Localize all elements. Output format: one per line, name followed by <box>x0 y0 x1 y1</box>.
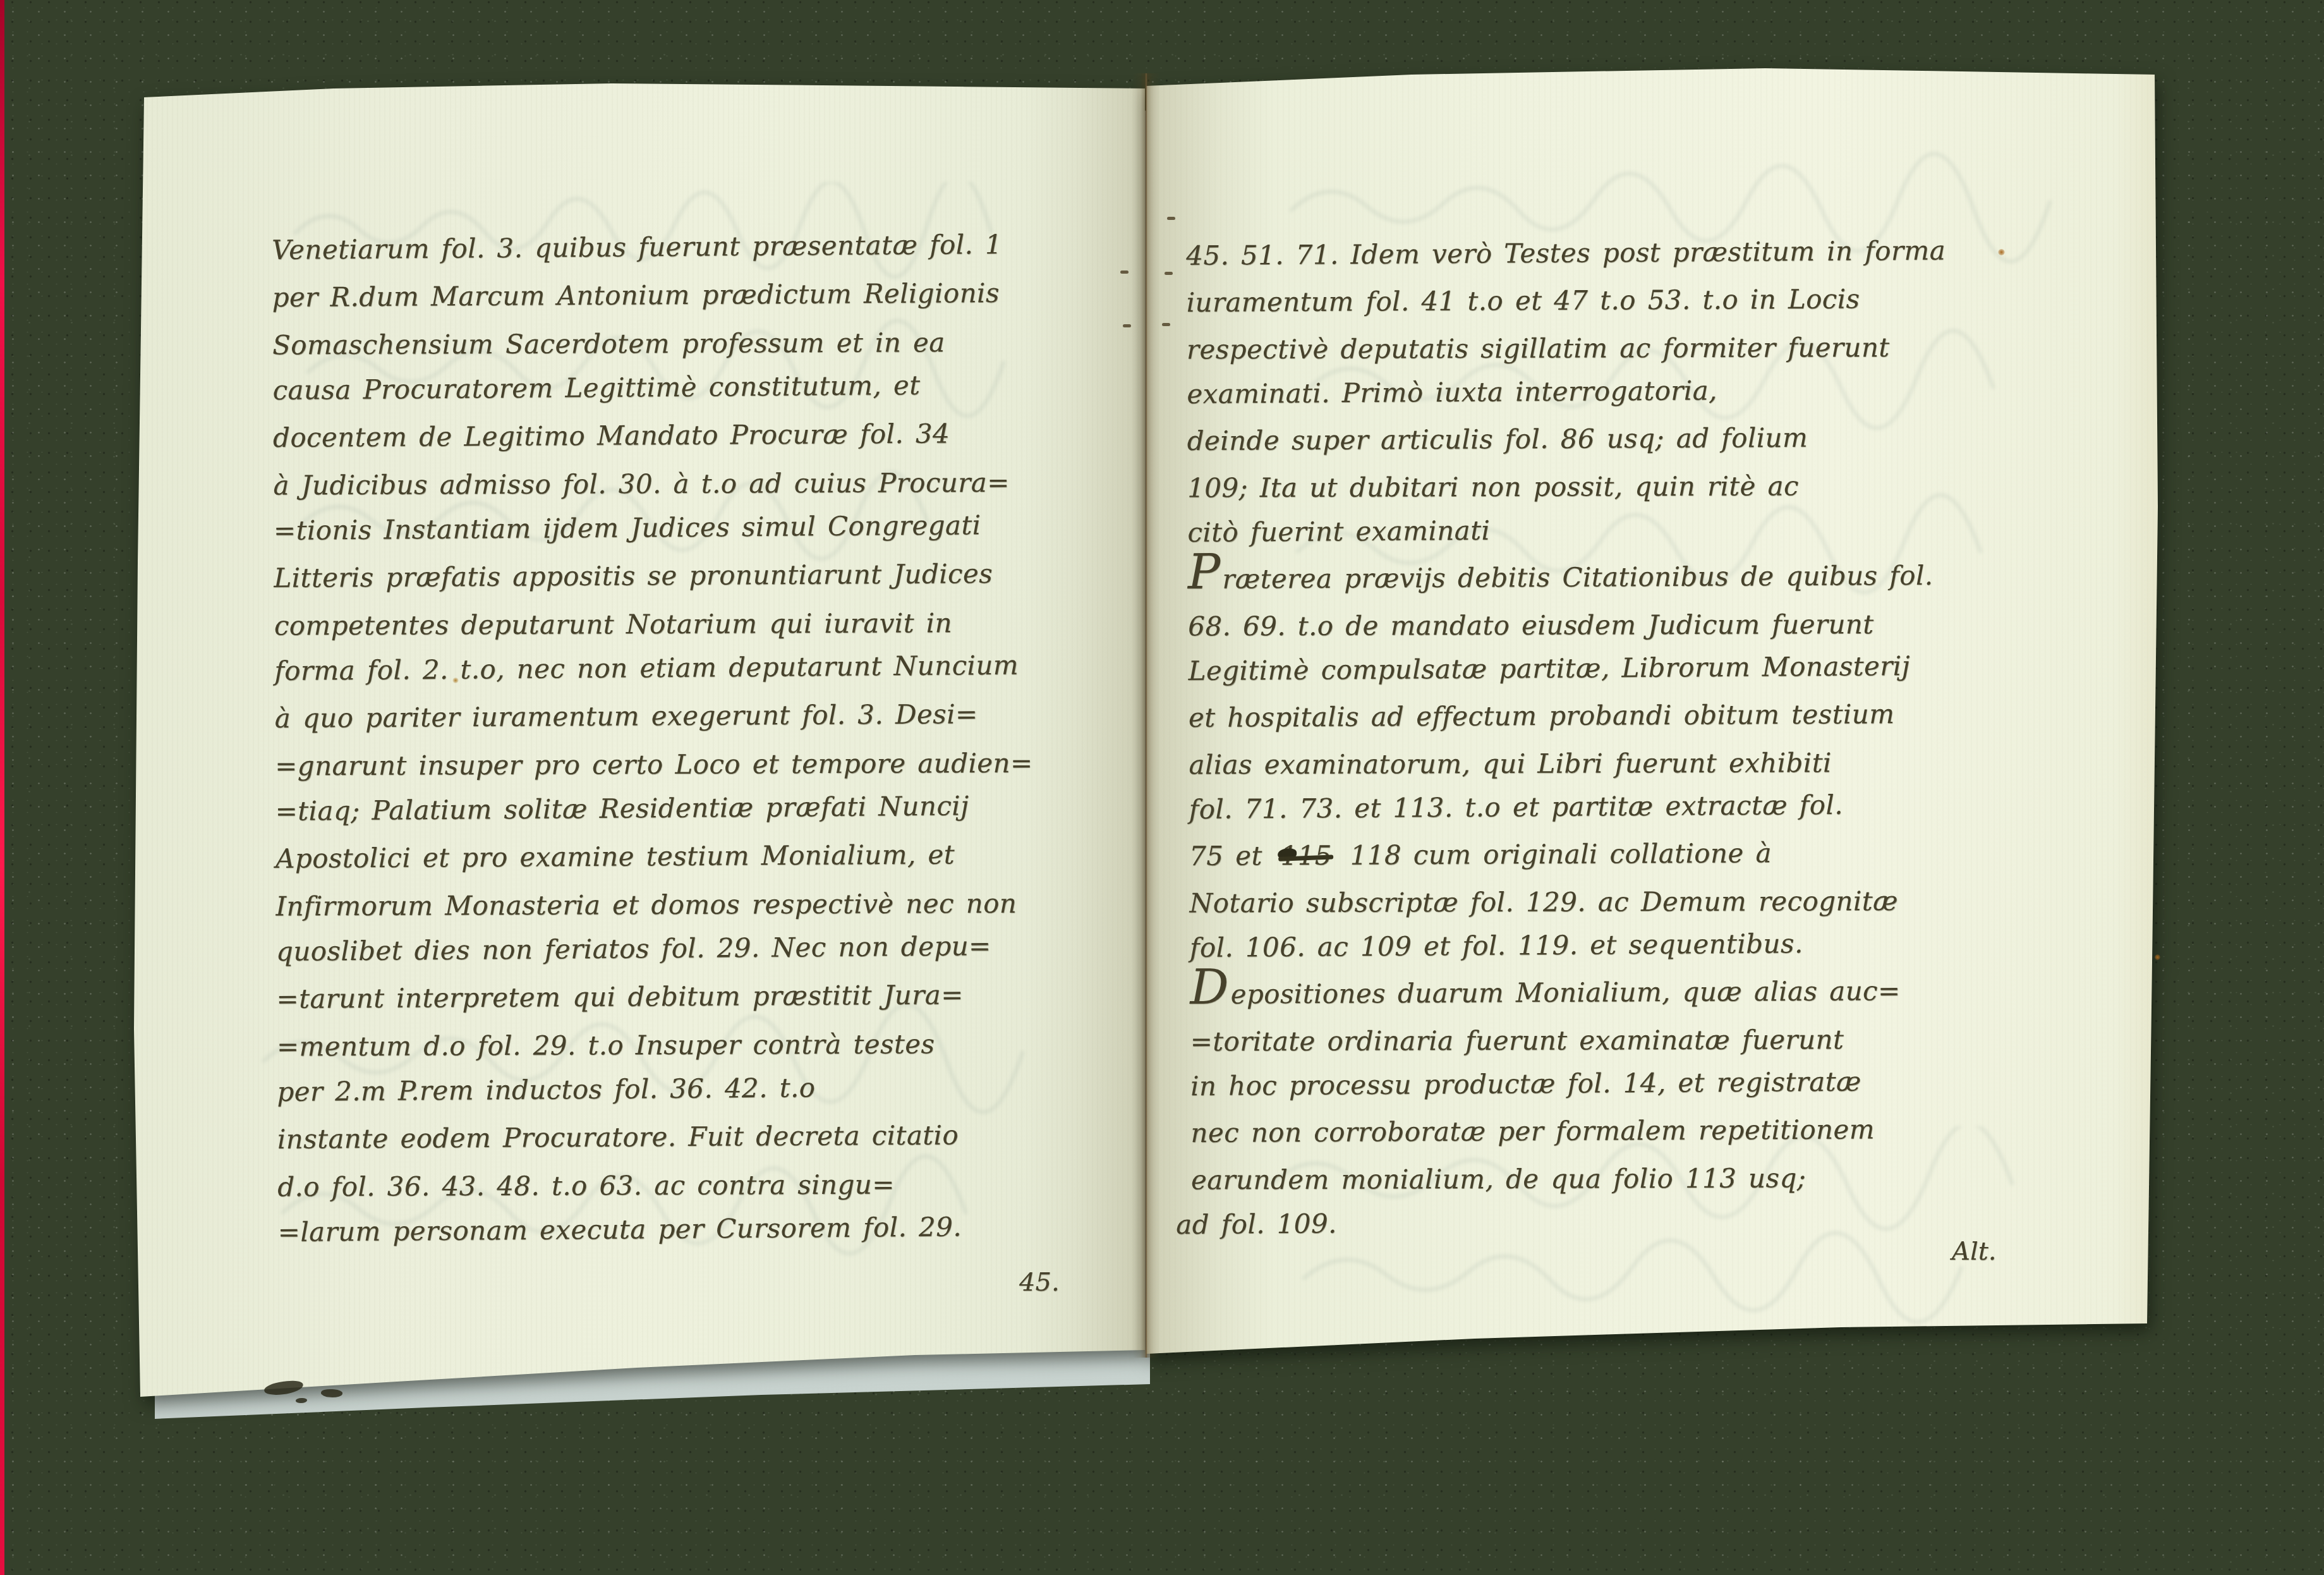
manuscript-line: quoslibet dies non feriatos fol. 29. Nec… <box>276 923 1034 975</box>
manuscript-line: =larum personam executa per Cursorem fol… <box>277 1203 1036 1256</box>
manuscript-line: =gnarunt insuper pro certo Loco et tempo… <box>275 740 1033 790</box>
stitch-mark <box>1165 272 1173 275</box>
manuscript-line: in hoc processu productæ fol. 14, et reg… <box>1190 1058 1950 1109</box>
left-page-text: Venetiarum fol. 3. quibus fuerunt præsen… <box>272 223 1036 1256</box>
manuscript-line: et hospitalis ad effectum probandi obitu… <box>1189 691 1948 741</box>
manuscript-line: Infirmorum Monasteria et domos respectiv… <box>275 880 1034 930</box>
manuscript-line: 45. 51. 71. Idem verò Testes post præsti… <box>1186 228 1946 279</box>
right-page-catchword: Alt. <box>1952 1237 1996 1266</box>
stitch-mark <box>1123 324 1131 327</box>
manuscript-line: Litteris præfatis appositis se pronuntia… <box>274 550 1032 602</box>
manuscript-line: respectivè deputatis sigillatim ac formi… <box>1187 324 1946 373</box>
left-page-number: 45. <box>1019 1268 1060 1297</box>
paper-stain <box>2155 954 2160 960</box>
right-page-text: 45. 51. 71. Idem verò Testes post præsti… <box>1186 229 1951 1248</box>
manuscript-line: à Judicibus admisso fol. 30. à t.o ad cu… <box>273 459 1031 509</box>
manuscript-line: Apostolici et pro examine testium Monial… <box>275 831 1034 882</box>
manuscript-line: =tionis Instantiam ijdem Judices simul C… <box>274 502 1032 554</box>
manuscript-line: per R.dum Marcum Antonium prædictum Reli… <box>272 270 1030 321</box>
manuscript-line: causa Procuratorem Legittimè constitutum… <box>272 362 1031 414</box>
left-page: Venetiarum fol. 3. quibus fuerunt præsen… <box>131 81 1145 1399</box>
manuscript-line: iuramentum fol. 41 t.o et 47 t.o 53. t.o… <box>1186 276 1946 325</box>
manuscript-line: =tiaq; Palatium solitæ Residentiæ præfat… <box>275 782 1033 835</box>
manuscript-line: examinati. Primò iuxta interrogatoria, <box>1187 366 1946 417</box>
line-segment: 75 et <box>1189 840 1262 872</box>
manuscript-line: 68. 69. t.o de mandato eiusdem Judicum f… <box>1188 601 1947 650</box>
scan-edge-red-stripe <box>0 0 4 1575</box>
manuscript-line: competentes deputarunt Notarium qui iura… <box>274 600 1032 650</box>
manuscript-line: instante eodem Procuratore. Fuit decreta… <box>277 1112 1036 1163</box>
manuscript-line: per 2.m P.rem inductos fol. 36. 42. t.o <box>277 1063 1035 1116</box>
manuscript-line: ad fol. 109. <box>1176 1196 1951 1248</box>
manuscript-line: =toritate ordinaria fuerunt examinatæ fu… <box>1190 1016 1950 1065</box>
manuscript-line: =mentum d.o fol. 29. t.o Insuper contrà … <box>277 1021 1035 1071</box>
photograph-of-open-manuscript: Venetiarum fol. 3. quibus fuerunt præsen… <box>0 0 2324 1575</box>
manuscript-line: Somaschensium Sacerdotem professum et in… <box>272 319 1031 369</box>
manuscript-line: earundem monialium, de qua folio 113 usq… <box>1191 1155 1951 1203</box>
book-gutter <box>1132 73 1160 1358</box>
line-segment: 118 cum originali collatione à <box>1350 837 1772 870</box>
manuscript-line: fol. 71. 73. et 113. t.o et partitæ extr… <box>1189 781 1949 832</box>
right-page: 45. 51. 71. Idem verò Testes post præsti… <box>1146 64 2160 1358</box>
struck-out-folio-number: 115 <box>1280 840 1332 871</box>
manuscript-line: citò fuerint examinati <box>1187 504 1947 556</box>
manuscript-line: 109; Ita ut dubitari non possit, quin ri… <box>1187 463 1947 511</box>
manuscript-line: =tarunt interpretem qui debitum præstiti… <box>276 971 1034 1023</box>
manuscript-line: Legitimè compulsatæ partitæ, Librorum Mo… <box>1188 643 1947 694</box>
manuscript-line: forma fol. 2. t.o, nec non etiam deputar… <box>274 642 1032 695</box>
stitch-mark <box>1167 217 1175 220</box>
stitch-mark <box>1162 323 1170 326</box>
manuscript-line-paragraph-start: Præterea prævijs debitis Citationibus de… <box>1188 552 1947 602</box>
manuscript-line: à quo pariter iuramentum exegerunt fol. … <box>275 691 1033 742</box>
manuscript-line: fol. 106. ac 109 et fol. 119. et sequent… <box>1190 920 1949 971</box>
manuscript-line: alias examinatorum, qui Libri fuerunt ex… <box>1189 739 1948 788</box>
manuscript-line: d.o fol. 36. 43. 48. t.o 63. ac contra s… <box>277 1161 1036 1211</box>
manuscript-line: docentem de Legitimo Mandato Procuræ fol… <box>273 410 1031 461</box>
manuscript-line: nec non corroboratæ per formalem repetit… <box>1190 1106 1950 1156</box>
manuscript-line-paragraph-start: Depositiones duarum Monialium, quæ alias… <box>1190 968 1949 1018</box>
manuscript-line: Notario subscriptæ fol. 129. ac Demum re… <box>1189 878 1949 927</box>
paper-stain <box>1998 249 2005 255</box>
paper-stain <box>452 678 459 683</box>
manuscript-line: deinde super articulis fol. 86 usq; ad f… <box>1187 414 1947 464</box>
manuscript-line: Venetiarum fol. 3. quibus fuerunt præsen… <box>272 221 1030 274</box>
stitch-mark <box>1120 271 1129 274</box>
manuscript-line-with-correction: 75 et 115 118 cum originali collatione à <box>1189 829 1949 879</box>
